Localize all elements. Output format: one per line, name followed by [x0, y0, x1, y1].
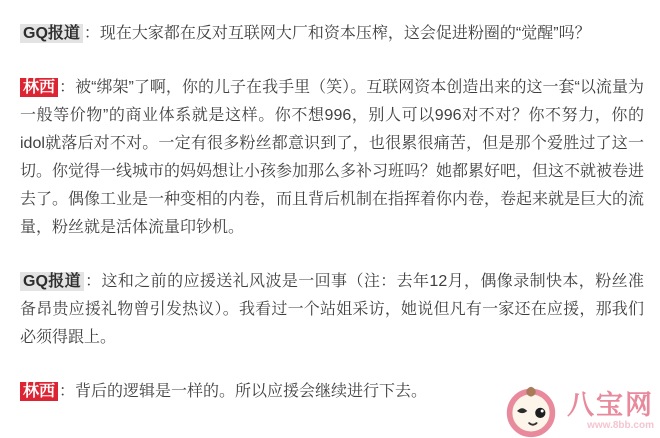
- dialogue-text: ：这和之前的应援送礼风波是一回事（注：去年12月，偶像录制快本，粉丝准备昂贵应援…: [20, 273, 644, 346]
- baby-face-logo-icon: [503, 384, 559, 438]
- speaker-label-gq: GQ报道: [20, 24, 83, 43]
- speaker-label-gq: GQ报道: [20, 272, 84, 291]
- dialogue-text: ：被“绑架”了啊，你的儿子在我手里（笑）。互联网资本创造出来的这一套“以流量为一…: [20, 79, 644, 236]
- watermark-site-name: 八宝网: [567, 390, 654, 420]
- dialogue-paragraph: GQ报道：现在大家都在反对互联网大厂和资本压榨，这会促进粉圈的“觉醒”吗？: [20, 20, 644, 48]
- dialogue-text: ：现在大家都在反对互联网大厂和资本压榨，这会促进粉圈的“觉醒”吗？: [84, 25, 591, 42]
- dialogue-paragraph: GQ报道：这和之前的应援送礼风波是一回事（注：去年12月，偶像录制快本，粉丝准备…: [20, 268, 644, 352]
- watermark: 八宝网 www.8bb.com: [503, 384, 654, 438]
- dialogue-text: ：背后的逻辑是一样的。所以应援会继续进行下去。: [59, 383, 427, 400]
- dialogue-paragraph: 林西：被“绑架”了啊，你的儿子在我手里（笑）。互联网资本创造出来的这一套“以流量…: [20, 74, 644, 242]
- watermark-text: 八宝网 www.8bb.com: [567, 390, 654, 432]
- interview-article: GQ报道：现在大家都在反对互联网大厂和资本压榨，这会促进粉圈的“觉醒”吗？ 林西…: [0, 0, 660, 406]
- watermark-site-url: www.8bb.com: [587, 420, 654, 432]
- speaker-label-linxi: 林西: [20, 78, 58, 97]
- speaker-label-linxi: 林西: [20, 382, 58, 401]
